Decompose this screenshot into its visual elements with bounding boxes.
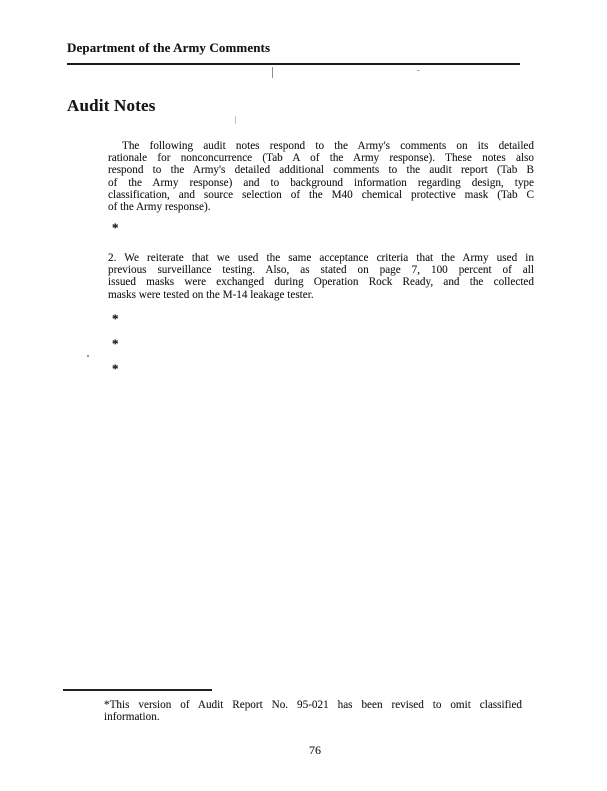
text-line: of the Army response) and to background … bbox=[108, 177, 534, 189]
text-line: of the Army response). bbox=[108, 201, 534, 213]
document-page: Department of the Army Comments Audit No… bbox=[0, 0, 607, 791]
text-line: 2. We reiterate that we used the same ac… bbox=[108, 252, 534, 264]
running-header: Department of the Army Comments bbox=[67, 40, 270, 56]
body-paragraph-1: The following audit notes respond to the… bbox=[108, 140, 534, 213]
text-line: classification, and source selection of … bbox=[108, 189, 534, 201]
text-line: respond to the Army's detailed additiona… bbox=[108, 164, 534, 176]
redaction-asterisk: * bbox=[112, 314, 119, 324]
text-line: masks were tested on the M-14 leakage te… bbox=[108, 289, 534, 301]
text-line: The following audit notes respond to the… bbox=[108, 140, 534, 152]
scan-artifact-tick bbox=[235, 116, 236, 124]
text-line: issued masks were exchanged during Opera… bbox=[108, 276, 534, 288]
scan-artifact-speck bbox=[417, 70, 420, 71]
text-line: previous surveillance testing. Also, as … bbox=[108, 264, 534, 276]
redaction-asterisk: * bbox=[112, 223, 119, 233]
page-title: Audit Notes bbox=[67, 96, 156, 116]
footnote: *This version of Audit Report No. 95-021… bbox=[104, 699, 522, 724]
scan-artifact-speck bbox=[87, 355, 89, 357]
redaction-asterisk: * bbox=[112, 364, 119, 374]
footnote-rule bbox=[63, 689, 212, 691]
text-line: rationale for nonconcurrence (Tab A of t… bbox=[108, 152, 534, 164]
text-line: information. bbox=[104, 711, 522, 723]
header-rule bbox=[67, 63, 520, 65]
redaction-asterisk: * bbox=[112, 339, 119, 349]
body-paragraph-2: 2. We reiterate that we used the same ac… bbox=[108, 252, 534, 301]
scan-artifact-tick bbox=[272, 67, 273, 78]
text-line: *This version of Audit Report No. 95-021… bbox=[104, 699, 522, 711]
page-number: 76 bbox=[285, 743, 345, 758]
